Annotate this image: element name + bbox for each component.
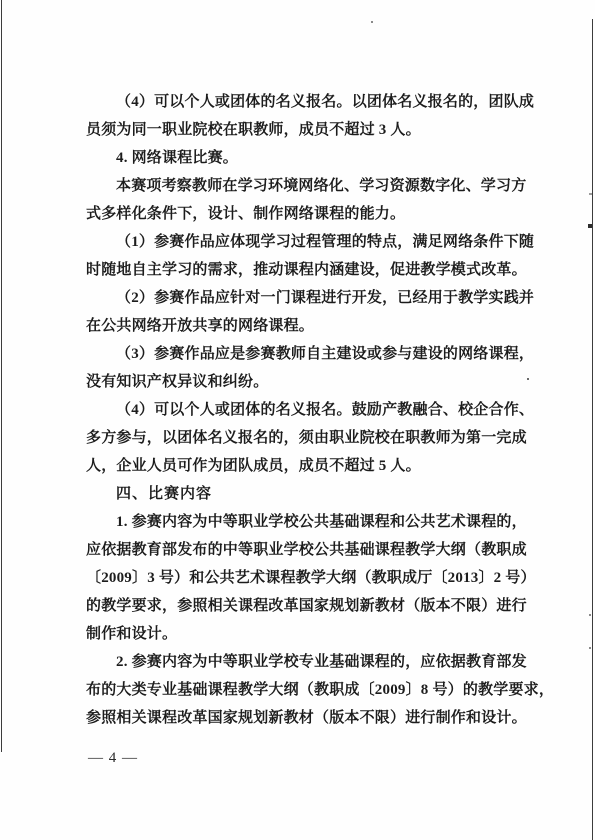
text-line: （3）参赛作品应是参赛教师自主建设或参与建设的网络课程，: [86, 340, 522, 368]
scan-speck: [589, 647, 591, 649]
scan-edge-line-right: [592, 19, 593, 840]
text-line: 〔2009〕3 号）和公共艺术课程教学大纲（教职成厅〔2013〕2 号）: [86, 564, 522, 592]
text-line: 制作和设计。: [86, 620, 522, 648]
text-line: （2）参赛作品应针对一门课程进行开发，已经用于教学实践并: [86, 284, 522, 312]
text-line: 1. 参赛内容为中等职业学校公共基础课程和公共艺术课程的，: [86, 508, 522, 536]
text-line: 没有知识产权异议和纠纷。: [86, 368, 522, 396]
scan-speck: [371, 21, 373, 23]
text-line: 式多样化条件下，设计、制作网络课程的能力。: [86, 200, 522, 228]
page-number: — 4 —: [88, 750, 138, 766]
text-line: 人，企业人员可作为团队成员，成员不超过 5 人。: [86, 452, 522, 480]
text-line: 在公共网络开放共享的网络课程。: [86, 312, 522, 340]
scan-speck: [589, 614, 591, 616]
text-line: （1）参赛作品应体现学习过程管理的特点，满足网络条件下随: [86, 228, 522, 256]
text-line: （4）可以个人或团体的名义报名。以团体名义报名的，团队成: [86, 88, 522, 116]
document-body-text: （4）可以个人或团体的名义报名。以团体名义报名的，团队成员须为同一职业院校在职教…: [86, 88, 522, 732]
text-line: 本赛项考察教师在学习环境网络化、学习资源数字化、学习方: [86, 172, 522, 200]
scan-speck: [527, 378, 529, 380]
text-line: 4. 网络课程比赛。: [86, 144, 522, 172]
scan-edge-line-left: [1, 0, 2, 752]
text-line: 员须为同一职业院校在职教师，成员不超过 3 人。: [86, 116, 522, 144]
page-footer: — 4 —: [88, 750, 138, 767]
text-line: 应依据教育部发布的中等职业学校公共基础课程教学大纲（教职成: [86, 536, 522, 564]
scan-speck: [589, 193, 592, 195]
section-heading: 四、比赛内容: [86, 480, 522, 508]
text-line: 布的大类专业基础课程教学大纲（教职成〔2009〕8 号）的教学要求，: [86, 676, 522, 704]
text-line: 参照相关课程改革国家规划新教材（版本不限）进行制作和设计。: [86, 704, 522, 732]
text-line: 2. 参赛内容为中等职业学校专业基础课程的，应依据教育部发: [86, 648, 522, 676]
scan-speck: [588, 224, 592, 228]
text-line: 的教学要求，参照相关课程改革国家规划新教材（版本不限）进行: [86, 592, 522, 620]
text-line: 多方参与，以团体名义报名的，须由职业院校在职教师为第一完成: [86, 424, 522, 452]
scanned-document-page: （4）可以个人或团体的名义报名。以团体名义报名的，团队成员须为同一职业院校在职教…: [0, 0, 595, 840]
text-line: （4）可以个人或团体的名义报名。鼓励产教融合、校企合作、: [86, 396, 522, 424]
text-line: 时随地自主学习的需求，推动课程内涵建设，促进教学模式改革。: [86, 256, 522, 284]
